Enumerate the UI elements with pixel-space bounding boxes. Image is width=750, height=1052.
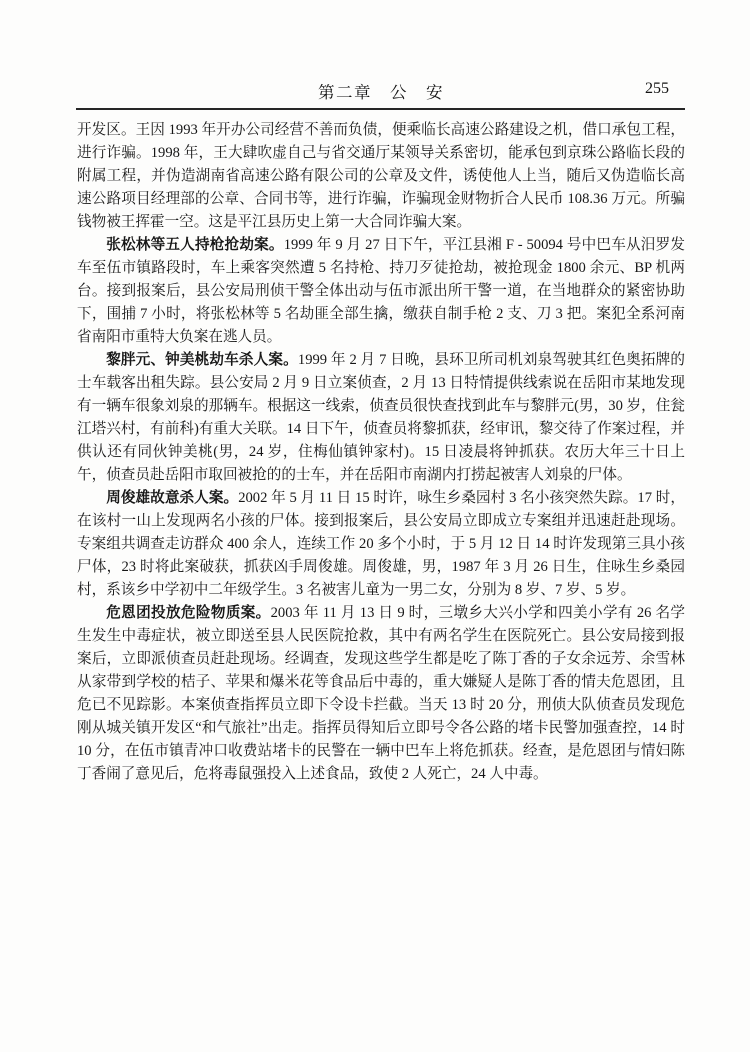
case-title: 张松林等五人持枪抢劫案。 — [106, 237, 284, 253]
paragraph-text: 开发区。王因 1993 年开办公司经营不善而负债，便乘临长高速公路建设之机，借口… — [77, 122, 685, 230]
paragraph-armed-robbery-case: 张松林等五人持枪抢劫案。1999 年 9 月 27 日下午，平江县湘 F - 5… — [77, 234, 685, 349]
paragraph-fraud-case-continuation: 开发区。王因 1993 年开办公司经营不善而负债，便乘临长高速公路建设之机，借口… — [77, 119, 685, 234]
paragraph-text: 2002 年 5 月 11 日 15 时许，咏生乡桑园村 3 名小孩突然失踪。1… — [77, 490, 685, 598]
paragraph-text: 1999 年 9 月 27 日下午，平江县湘 F - 50094 号中巴车从汨罗… — [77, 237, 685, 345]
book-page: 第二章 公 安 255 开发区。王因 1993 年开办公司经营不善而负债，便乘临… — [0, 0, 750, 1052]
case-title: 周俊雄故意杀人案。 — [106, 490, 238, 506]
paragraph-intentional-homicide-case: 周俊雄故意杀人案。2002 年 5 月 11 日 15 时许，咏生乡桑园村 3 … — [77, 487, 685, 602]
paragraph-carjacking-murder-case: 黎胖元、钟美桃劫车杀人案。1999 年 2 月 7 日晚，县环卫所司机刘泉驾驶其… — [77, 349, 685, 487]
paragraph-text: 1999 年 2 月 7 日晚，县环卫所司机刘泉驾驶其红色奥拓牌的士车载客出租失… — [77, 352, 685, 483]
chapter-title: 第二章 公 安 — [77, 79, 685, 103]
case-title: 危恩团投放危险物质案。 — [106, 605, 270, 621]
paragraph-poisoning-case: 危恩团投放危险物质案。2003 年 11 月 13 日 9 时，三墩乡大兴小学和… — [77, 602, 685, 786]
page-content: 开发区。王因 1993 年开办公司经营不善而负债，便乘临长高速公路建设之机，借口… — [77, 119, 685, 786]
page-number: 255 — [645, 80, 669, 98]
header-rule — [76, 108, 685, 110]
case-title: 黎胖元、钟美桃劫车杀人案。 — [106, 352, 298, 368]
page-header: 第二章 公 安 255 — [77, 79, 685, 103]
paragraph-text: 2003 年 11 月 13 日 9 时，三墩乡大兴小学和四美小学有 26 名学… — [77, 605, 685, 782]
